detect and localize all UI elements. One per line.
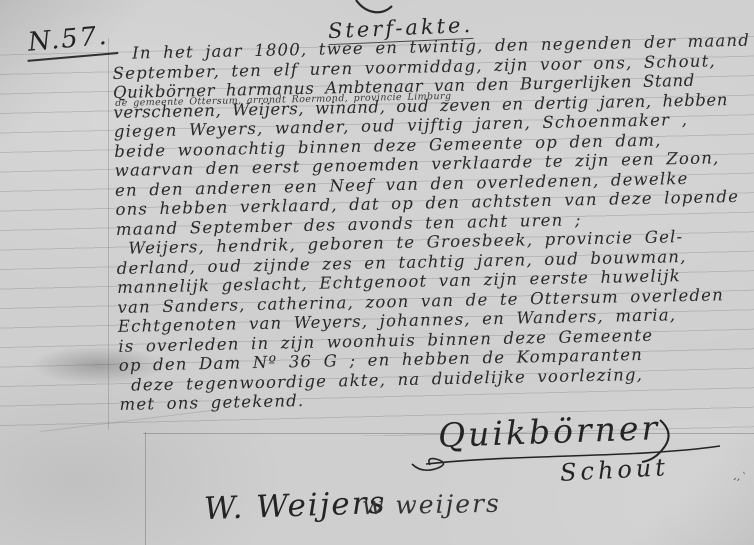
- pencil-mark: ,,`: [732, 469, 747, 484]
- signature-official: Quikbörner: [437, 408, 660, 455]
- scanned-death-certificate: N.57. Sterf-akte. In het jaar 1800, twee…: [0, 0, 754, 545]
- signature-official-title: Schout: [559, 453, 669, 487]
- margin-rule-vertical: [108, 38, 109, 430]
- record-number: N.57.: [25, 20, 118, 62]
- body-text: In het jaar 1800, twee en twintig, den n…: [112, 31, 754, 415]
- signature-witness-1: W. Weijers: [203, 485, 387, 527]
- footer-rule-vertical: [145, 432, 146, 545]
- signature-witness-2: w weijers: [362, 489, 501, 520]
